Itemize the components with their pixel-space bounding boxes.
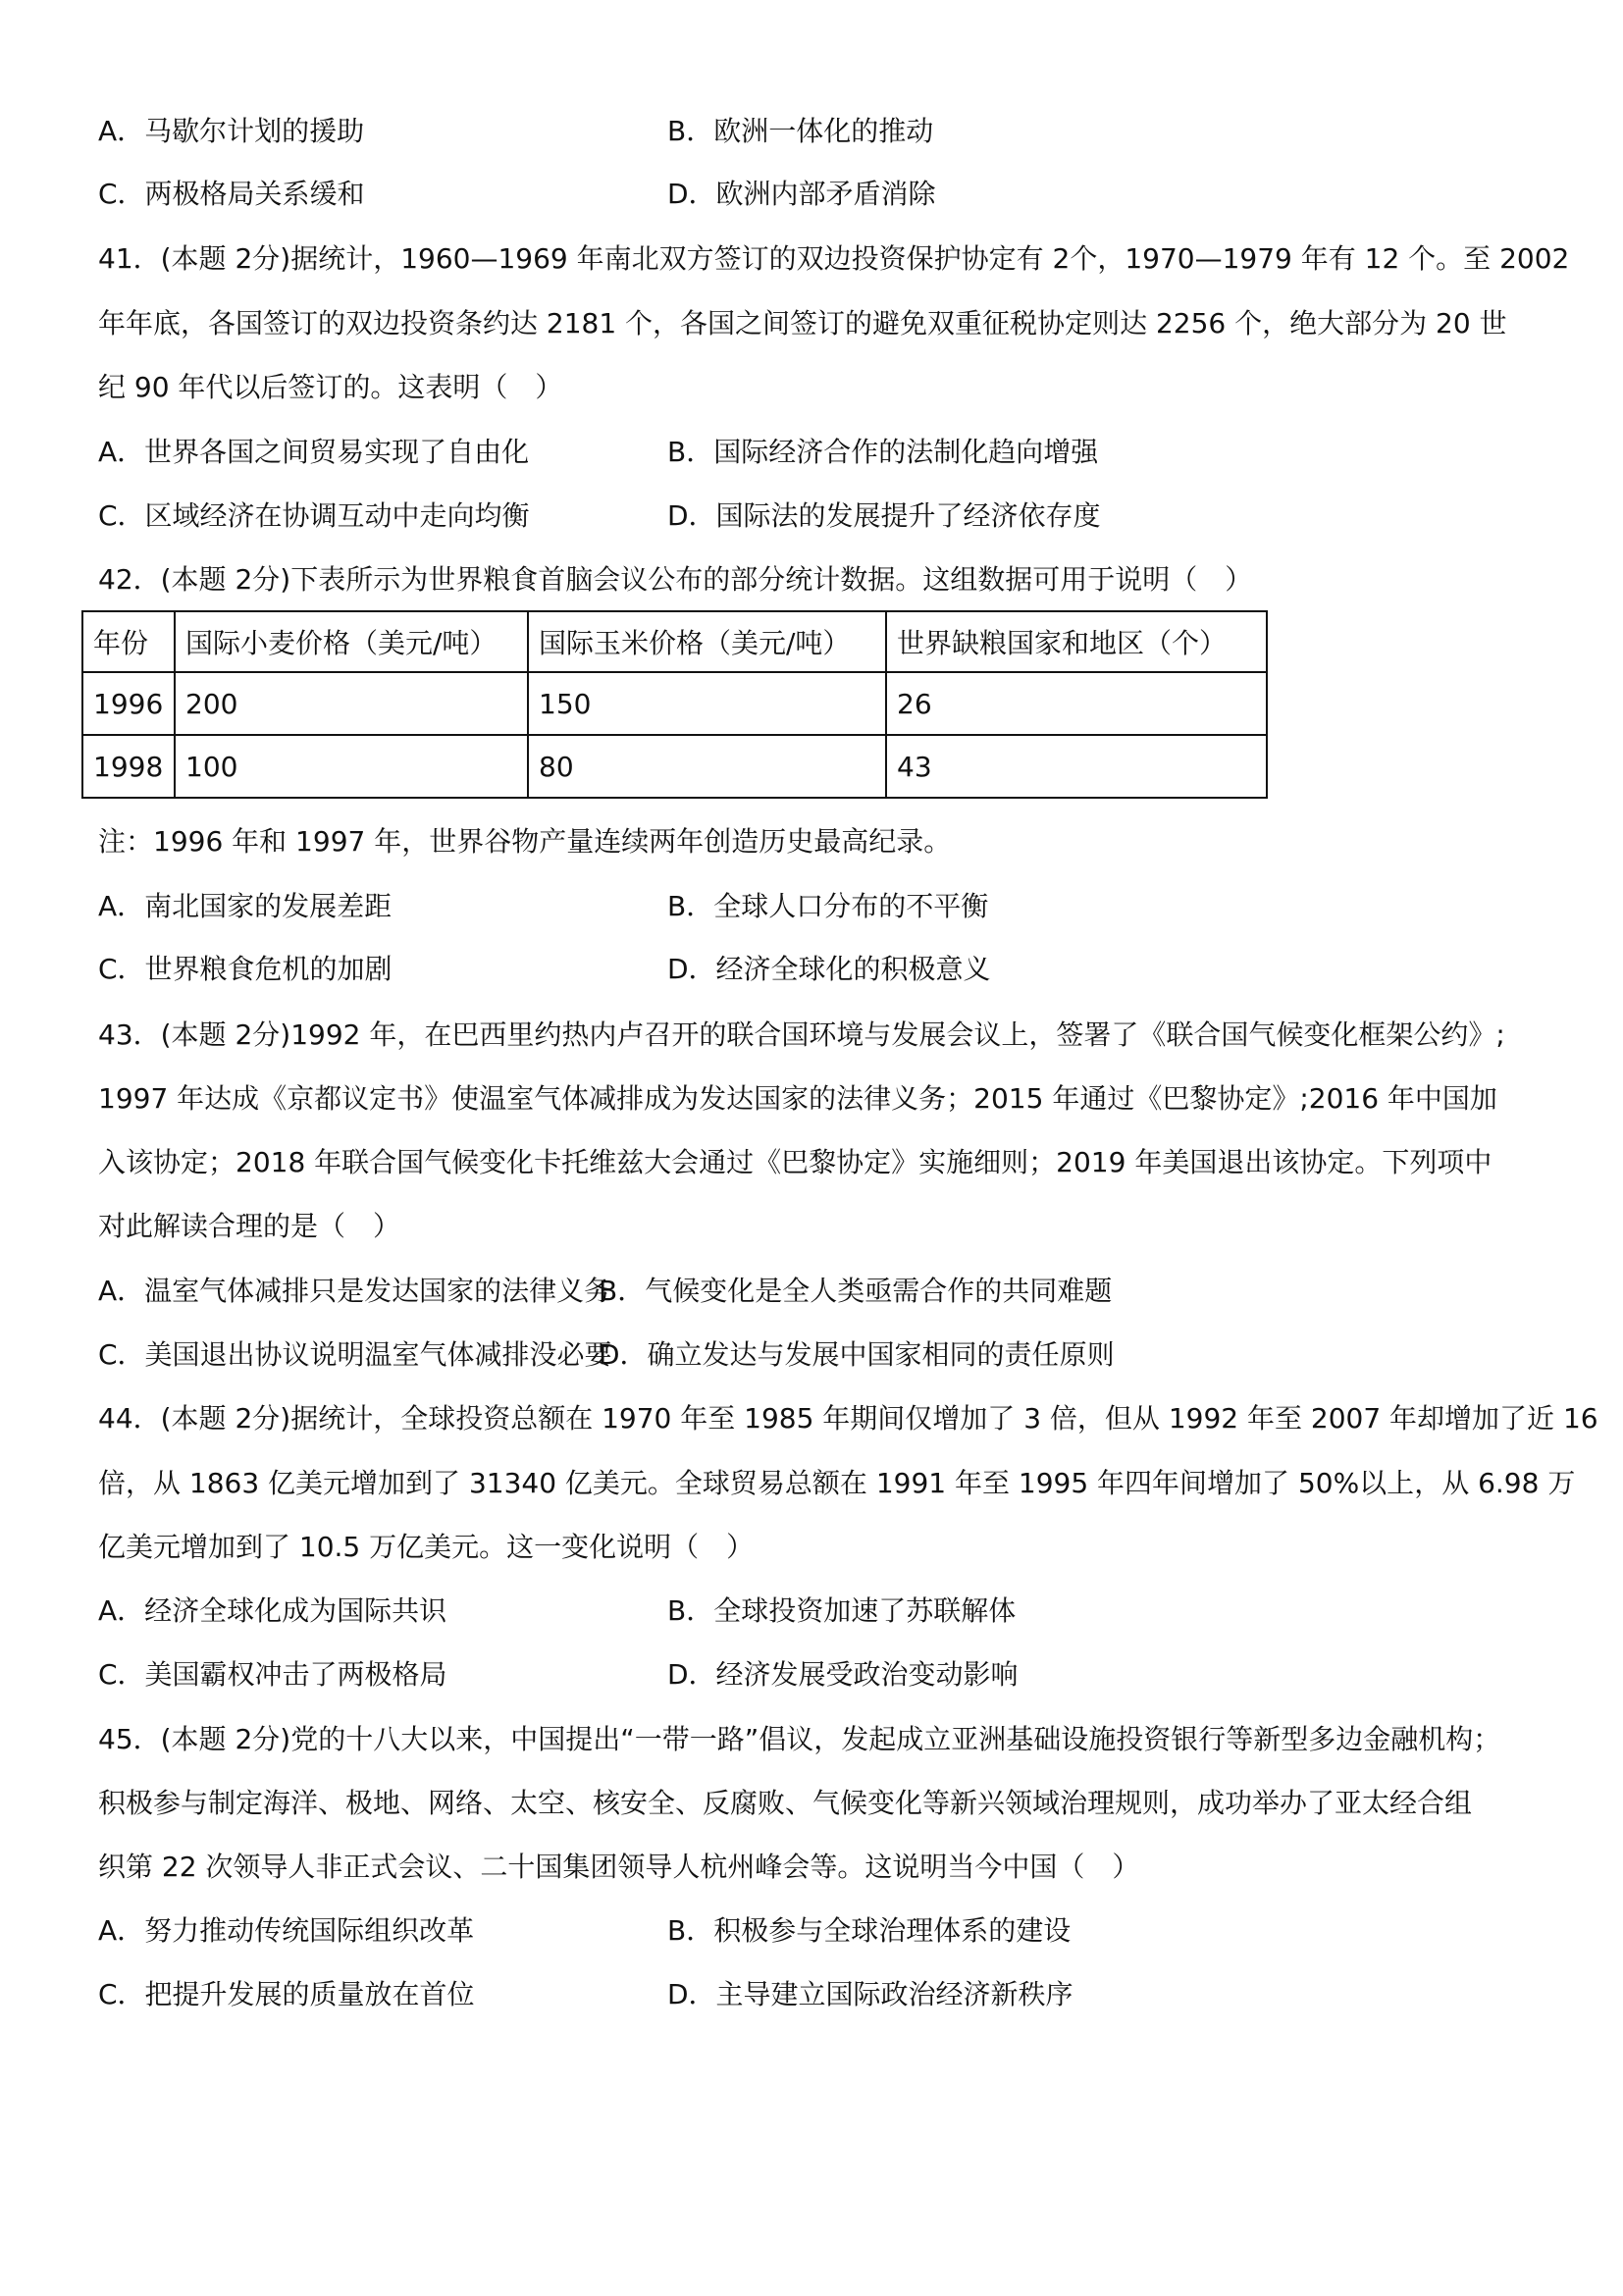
question-stem-line: 41．(本题 2分)据统计，1960—1969 年南北双方签订的双边投资保护协定… bbox=[98, 241, 1569, 277]
table-cell: 80 bbox=[528, 735, 886, 798]
question-stem-line: 亿美元增加到了 10.5 万亿美元。这一变化说明（ ） bbox=[98, 1530, 754, 1565]
table-header-cell: 年份 bbox=[82, 611, 175, 672]
question-stem-line: 对此解读合理的是（ ） bbox=[98, 1209, 400, 1244]
option-b[interactable]: B．气候变化是全人类亟需合作的共同难题 bbox=[599, 1274, 1112, 1309]
option-b[interactable]: B．欧洲一体化的推动 bbox=[667, 114, 933, 149]
option-c[interactable]: C．美国霸权冲击了两极格局 bbox=[98, 1657, 447, 1693]
question-stem-line: 积极参与制定海洋、极地、网络、太空、核安全、反腐败、气候变化等新兴领域治理规则，… bbox=[98, 1786, 1472, 1821]
option-d[interactable]: D．确立发达与发展中国家相同的责任原则 bbox=[599, 1337, 1115, 1373]
option-a[interactable]: A．努力推动传统国际组织改革 bbox=[98, 1913, 474, 1949]
table-header-row: 年份 国际小麦价格（美元/吨） 国际玉米价格（美元/吨） 世界缺粮国家和地区（个… bbox=[82, 611, 1267, 672]
table-cell: 1998 bbox=[82, 735, 175, 798]
option-a[interactable]: A．世界各国之间贸易实现了自由化 bbox=[98, 435, 529, 470]
option-c[interactable]: C．世界粮食危机的加剧 bbox=[98, 952, 393, 987]
option-c[interactable]: C．两极格局关系缓和 bbox=[98, 177, 365, 212]
question-stem-line: 43．(本题 2分)1992 年，在巴西里约热内卢召开的联合国环境与发展会议上，… bbox=[98, 1018, 1505, 1053]
table-header-cell: 国际玉米价格（美元/吨） bbox=[528, 611, 886, 672]
statistics-table: 年份 国际小麦价格（美元/吨） 国际玉米价格（美元/吨） 世界缺粮国家和地区（个… bbox=[81, 610, 1268, 799]
question-stem-line: 入该协定；2018 年联合国气候变化卡托维兹大会通过《巴黎协定》实施细则；201… bbox=[98, 1145, 1492, 1180]
option-a[interactable]: A．经济全球化成为国际共识 bbox=[98, 1593, 446, 1629]
option-d[interactable]: D．国际法的发展提升了经济依存度 bbox=[667, 498, 1101, 534]
table-row: 1996 200 150 26 bbox=[82, 672, 1267, 735]
option-a[interactable]: A．南北国家的发展差距 bbox=[98, 889, 392, 924]
option-c[interactable]: C．美国退出协议说明温室气体减排没必要 bbox=[98, 1337, 612, 1373]
option-d[interactable]: D．主导建立国际政治经济新秩序 bbox=[667, 1977, 1073, 2012]
table-header-cell: 国际小麦价格（美元/吨） bbox=[175, 611, 528, 672]
question-stem-line: 织第 22 次领导人非正式会议、二十国集团领导人杭州峰会等。这说明当今中国（ ） bbox=[98, 1850, 1139, 1885]
option-c[interactable]: C．把提升发展的质量放在首位 bbox=[98, 1977, 475, 2012]
option-d[interactable]: D．欧洲内部矛盾消除 bbox=[667, 177, 936, 212]
question-stem-line: 44．(本题 2分)据统计，全球投资总额在 1970 年至 1985 年期间仅增… bbox=[98, 1401, 1598, 1436]
table-cell: 200 bbox=[175, 672, 528, 735]
question-stem-line: 纪 90 年代以后签订的。这表明（ ） bbox=[98, 370, 562, 405]
table-note: 注：1996 年和 1997 年，世界谷物产量连续两年创造历史最高纪录。 bbox=[98, 824, 951, 860]
option-c[interactable]: C．区域经济在协调互动中走向均衡 bbox=[98, 498, 530, 534]
question-stem-line: 45．(本题 2分)党的十八大以来，中国提出“一带一路”倡议，发起成立亚洲基础设… bbox=[98, 1722, 1500, 1757]
option-a[interactable]: A．温室气体减排只是发达国家的法律义务 bbox=[98, 1274, 611, 1309]
question-stem-line: 42．(本题 2分)下表所示为世界粮食首脑会议公布的部分统计数据。这组数据可用于… bbox=[98, 562, 1252, 598]
option-d[interactable]: D．经济发展受政治变动影响 bbox=[667, 1657, 1019, 1693]
option-b[interactable]: B．国际经济合作的法制化趋向增强 bbox=[667, 435, 1098, 470]
option-a[interactable]: A．马歇尔计划的援助 bbox=[98, 114, 364, 149]
option-b[interactable]: B．全球人口分布的不平衡 bbox=[667, 889, 988, 924]
option-b[interactable]: B．全球投资加速了苏联解体 bbox=[667, 1593, 1016, 1629]
question-stem-line: 倍，从 1863 亿美元增加到了 31340 亿美元。全球贸易总额在 1991 … bbox=[98, 1466, 1575, 1501]
table-row: 1998 100 80 43 bbox=[82, 735, 1267, 798]
table-cell: 100 bbox=[175, 735, 528, 798]
table-cell: 26 bbox=[886, 672, 1267, 735]
option-b[interactable]: B．积极参与全球治理体系的建设 bbox=[667, 1913, 1071, 1949]
option-d[interactable]: D．经济全球化的积极意义 bbox=[667, 952, 991, 987]
table-cell: 1996 bbox=[82, 672, 175, 735]
question-stem-line: 1997 年达成《京都议定书》使温室气体减排成为发达国家的法律义务；2015 年… bbox=[98, 1081, 1497, 1117]
question-stem-line: 年年底，各国签订的双边投资条约达 2181 个，各国之间签订的避免双重征税协定则… bbox=[98, 306, 1507, 341]
table-cell: 43 bbox=[886, 735, 1267, 798]
table-header-cell: 世界缺粮国家和地区（个） bbox=[886, 611, 1267, 672]
table-cell: 150 bbox=[528, 672, 886, 735]
